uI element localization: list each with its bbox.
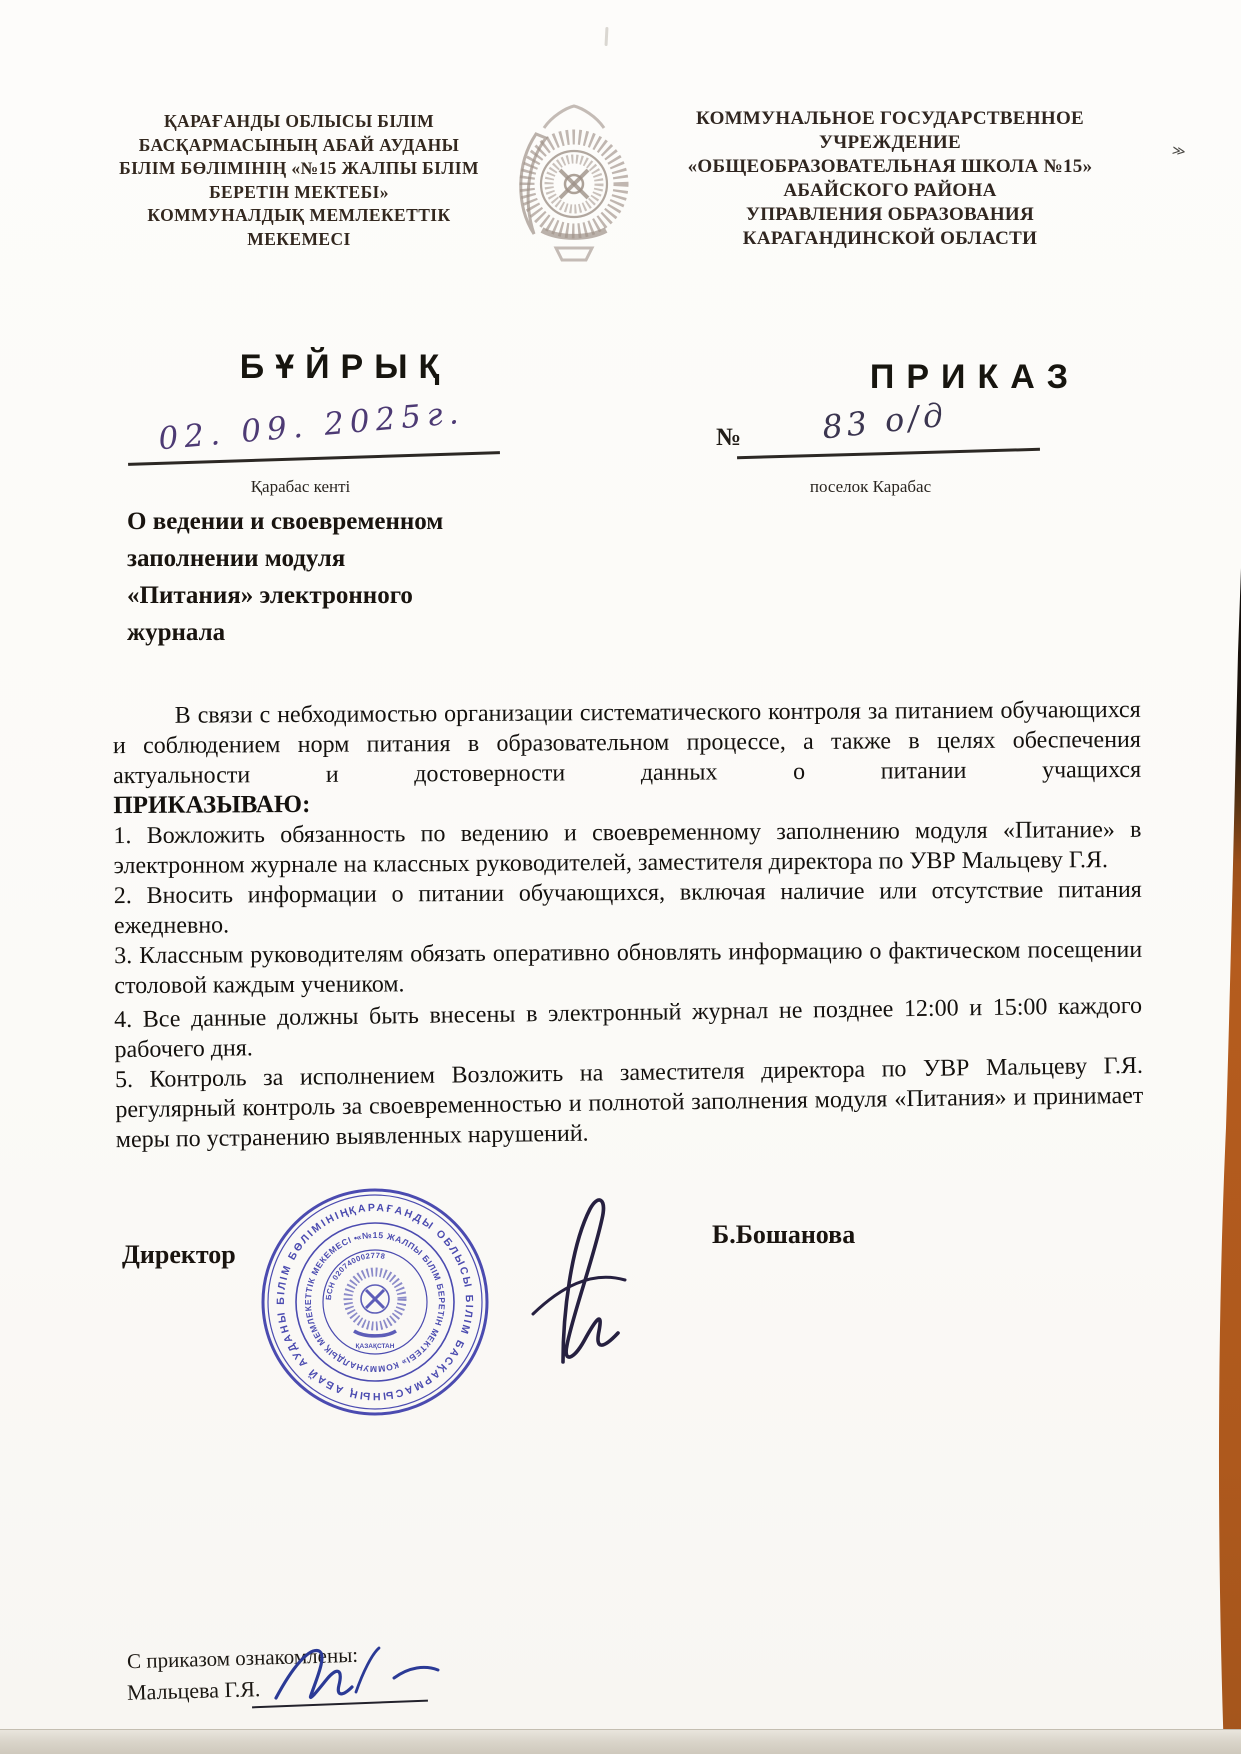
order-intro: В связи с небходимостью организации сист… — [113, 695, 1142, 791]
org-name-ru-line: УЧРЕЖДЕНИЕ — [650, 131, 1130, 155]
director-name: Б.Бошанова — [712, 1220, 855, 1250]
org-name-ru: КОММУНАЛЬНОЕ ГОСУДАРСТВЕННОЕ УЧРЕЖДЕНИЕ … — [650, 107, 1130, 251]
order-body: В связи с небходимостью организации сист… — [113, 695, 1144, 1151]
org-name-kk-line: БІЛІМ БӨЛІМІНІҢ «№15 ЖАЛПЫ БІЛІМ — [108, 157, 490, 181]
order-title-ru: ПРИКАЗ — [790, 358, 1160, 397]
order-place-kk: Қарабас кенті — [198, 477, 403, 497]
order-subject-line: заполнении модуля — [127, 540, 547, 577]
org-name-ru-line: КОММУНАЛЬНОЕ ГОСУДАРСТВЕННОЕ — [650, 107, 1130, 131]
order-number-sign: № — [716, 424, 741, 452]
order-subject: О ведении и своевременном заполнении мод… — [127, 503, 547, 651]
svg-text:ҚАРАҒАНДЫ ОБЛЫСЫ БІЛІМ БАСҚАРМ: ҚАРАҒАНДЫ ОБЛЫСЫ БІЛІМ БАСҚАРМАСЫНЫҢ АБА… — [258, 1185, 493, 1420]
order-item-1: 1. Вожложить обязанность по ведению и св… — [113, 815, 1141, 881]
order-subject-line: журнала — [127, 614, 547, 651]
order-place-ru: поселок Карабас — [758, 477, 983, 497]
order-item-3: 3. Классным руководителям обязать операт… — [114, 935, 1142, 1001]
org-name-ru-line: КАРАГАНДИНСКОЙ ОБЛАСТИ — [650, 227, 1130, 251]
order-title-kk: БҰЙРЫҚ — [160, 348, 530, 387]
org-name-ru-line: УПРАВЛЕНИЯ ОБРАЗОВАНИЯ — [650, 203, 1130, 227]
director-signature — [505, 1192, 635, 1367]
order-number-handwritten: 83 о/д — [820, 396, 949, 447]
scanned-order-page: ≫ ҚАРАҒАНДЫ ОБЛЫСЫ БІЛІМ БАСҚАРМАСЫНЫҢ А… — [0, 0, 1241, 1754]
org-name-kk-line: БАСҚАРМАСЫНЫҢ АБАЙ АУДАНЫ — [108, 134, 490, 158]
state-emblem-icon — [494, 98, 650, 266]
scan-artifact-top-mark — [605, 27, 609, 46]
director-label: Директор — [122, 1240, 236, 1270]
order-subject-line: «Питания» электронного — [127, 577, 547, 614]
org-name-kk-line: КОММУНАЛДЫҚ МЕМЛЕКЕТТІК — [108, 204, 490, 228]
scan-artifact-chevrons: ≫ — [1171, 142, 1185, 159]
order-date-handwritten: 02. 09. 2025г. — [157, 395, 466, 458]
page-bottom-shadow — [0, 1729, 1241, 1754]
acknowledgment-signature — [266, 1640, 451, 1710]
order-item-2: 2. Вносить информации о питании обучающи… — [114, 875, 1142, 941]
org-name-ru-line: АБАЙСКОГО РАЙОНА — [650, 179, 1130, 203]
stamp-outer-ring-text: ҚАРАҒАНДЫ ОБЛЫСЫ БІЛІМ БАСҚАРМАСЫНЫҢ АБА… — [258, 1185, 493, 1420]
org-name-ru-line: «ОБЩЕОБРАЗОВАТЕЛЬНАЯ ШКОЛА №15» — [650, 155, 1130, 179]
number-underline — [737, 448, 1040, 459]
scan-edge-strip — [1211, 568, 1241, 1754]
org-name-kk-line: МЕКЕМЕСІ — [108, 228, 490, 252]
order-subject-line: О ведении и своевременном — [127, 503, 547, 540]
official-stamp: ҚАРАҒАНДЫ ОБЛЫСЫ БІЛІМ БАСҚАРМАСЫНЫҢ АБА… — [258, 1185, 493, 1420]
acknowledgment-name: Мальцева Г.Я. — [127, 1676, 261, 1706]
stamp-center-caption: ҚАЗАҚСТАН — [356, 1343, 395, 1350]
org-name-kk-line: БЕРЕТІН МЕКТЕБІ» — [108, 181, 490, 205]
org-name-kk-line: ҚАРАҒАНДЫ ОБЛЫСЫ БІЛІМ — [108, 110, 490, 134]
org-name-kk: ҚАРАҒАНДЫ ОБЛЫСЫ БІЛІМ БАСҚАРМАСЫНЫҢ АБА… — [108, 110, 490, 251]
order-item-5: 5. Контроль за исполнением Возложить на … — [115, 1051, 1144, 1155]
